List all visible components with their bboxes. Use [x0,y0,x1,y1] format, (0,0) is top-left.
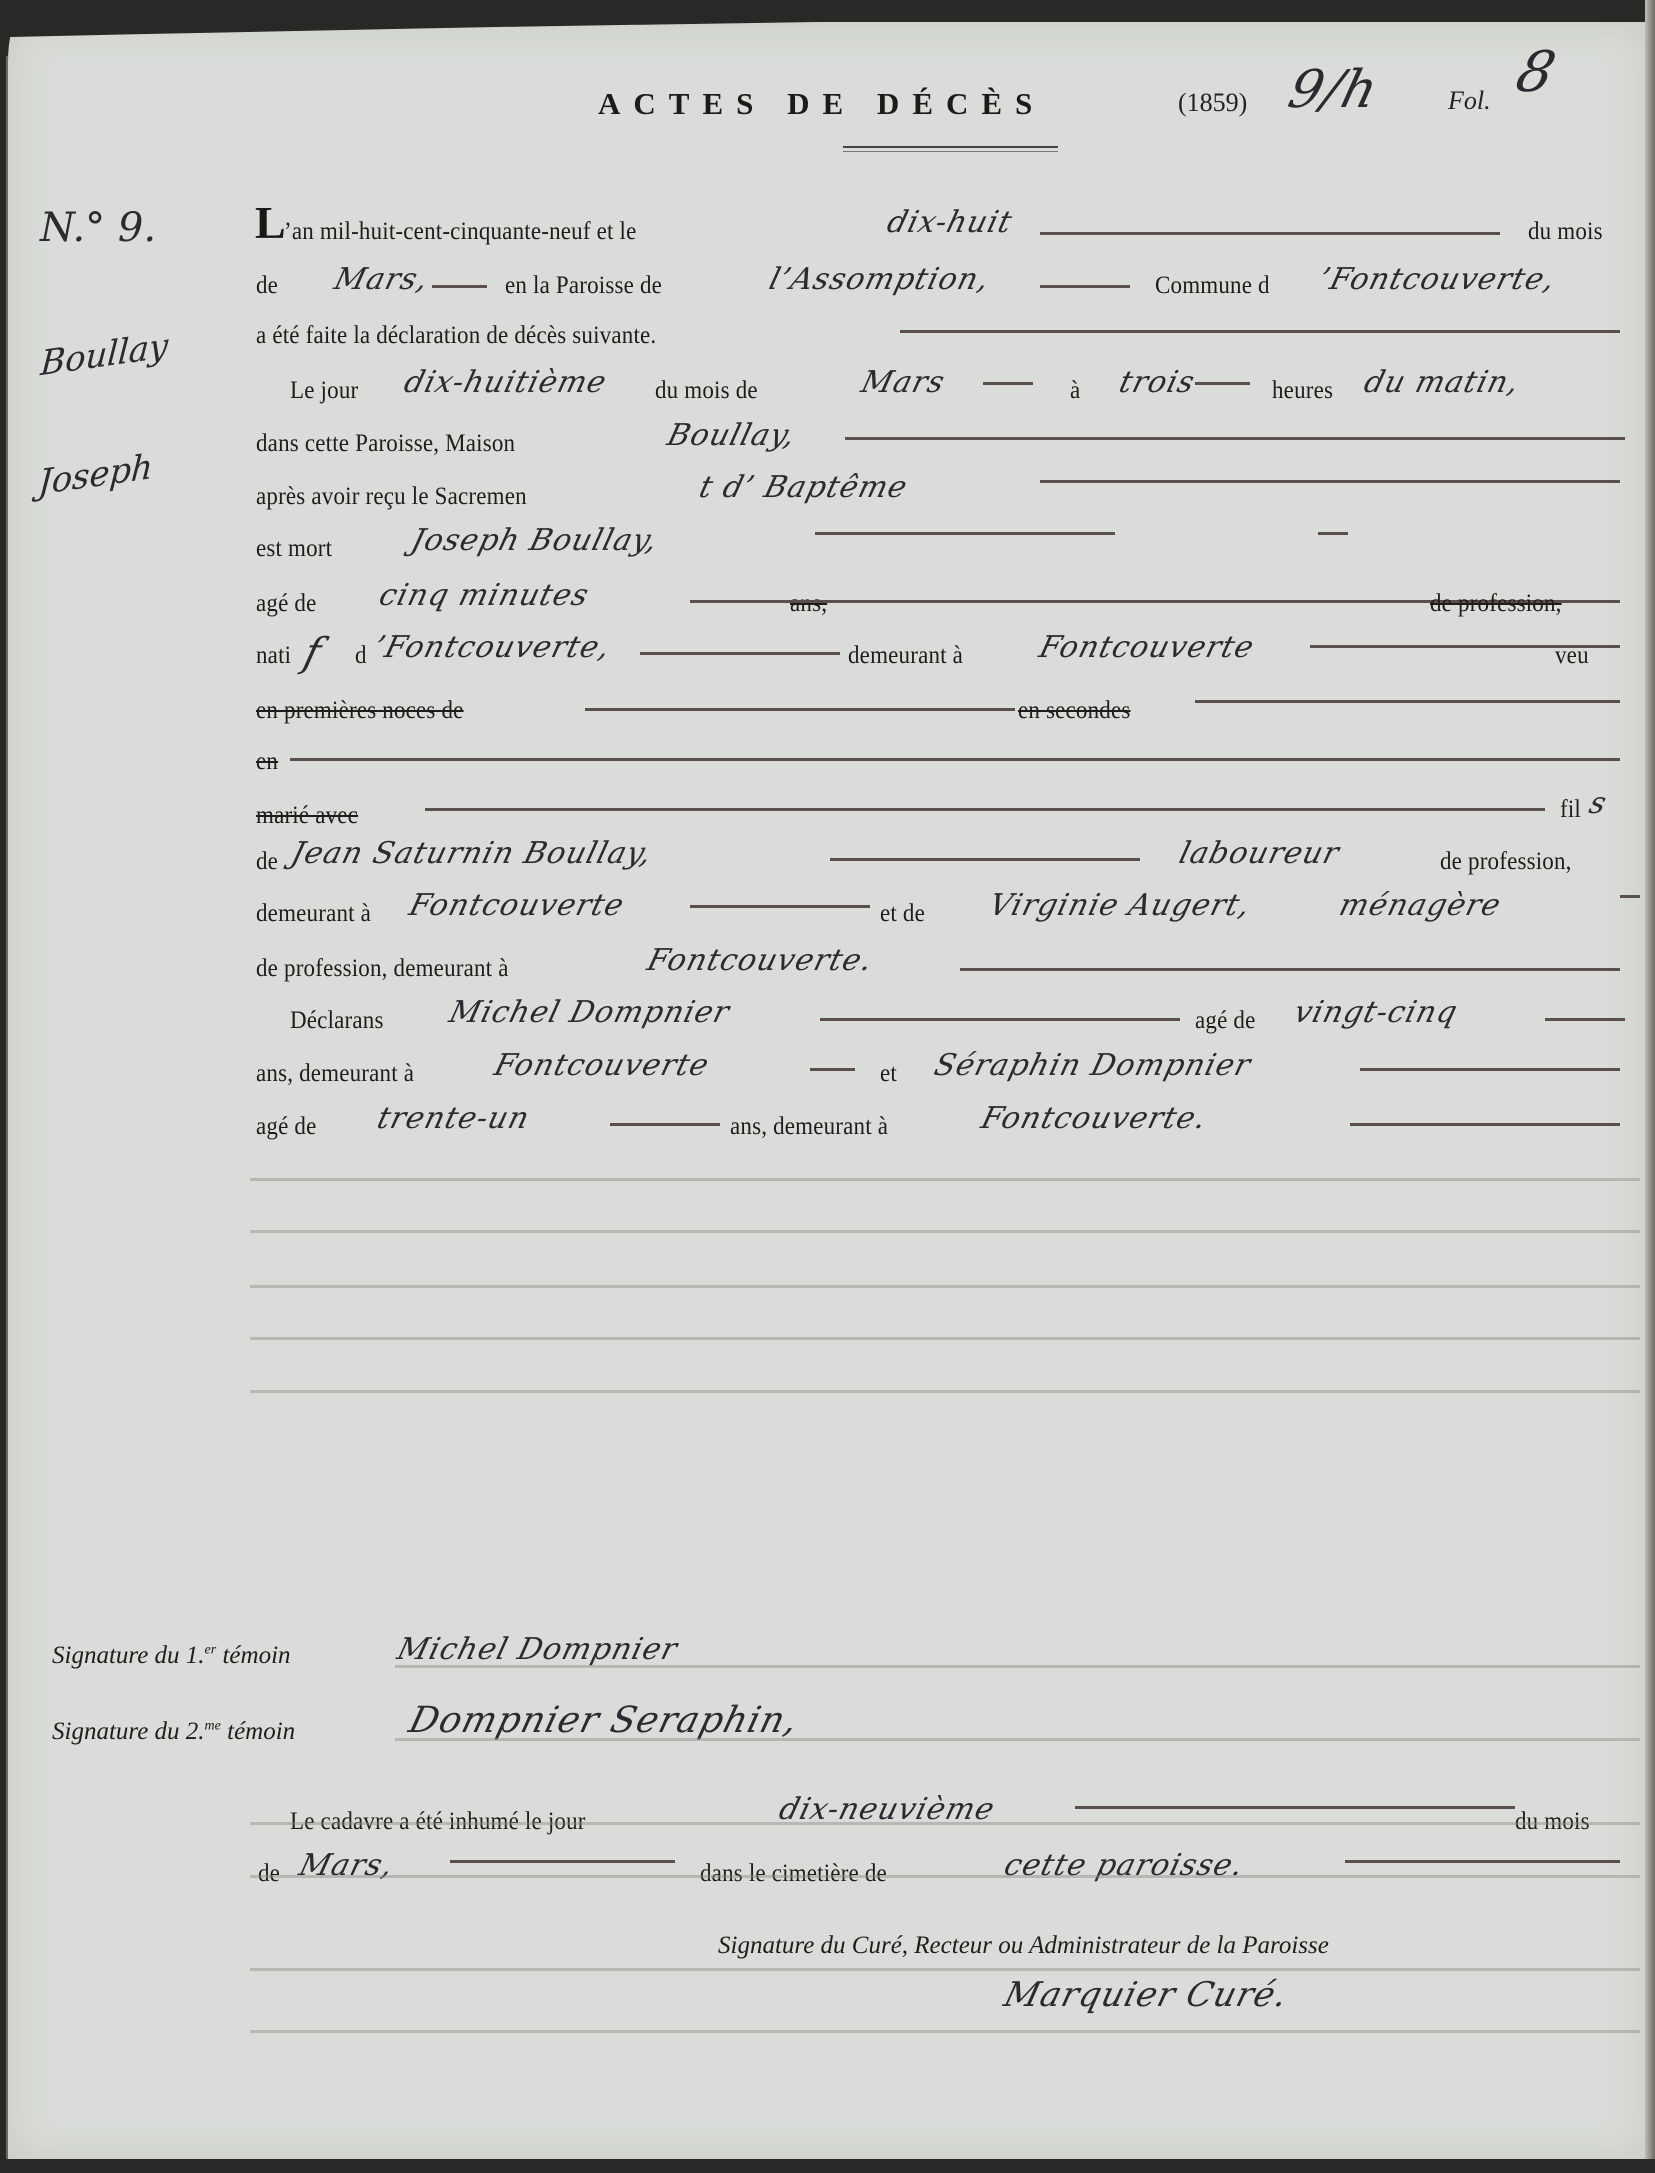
ruled-line [250,1285,1640,1288]
handwritten-hour: trois [1116,365,1199,400]
witness-1-label-text: Signature du 1. [52,1642,205,1669]
witness-2-label-end: témoin [227,1718,295,1745]
fill-line [830,858,1140,861]
printed-text: ’an mil-huit-cent-cinquante-neuf et le [284,218,636,246]
entry-number: N.° 9. [40,205,156,251]
ruled-line [395,1738,1640,1741]
handwritten-day: dix-huitième [401,365,611,400]
fill-line [1040,285,1130,288]
printed-text: dans le cimetière de [700,1860,887,1888]
fill-line [983,382,1033,385]
page-right-edge [1645,0,1655,2173]
handwritten-day: dix-huit [884,205,1016,240]
handwritten-age-2: trente-un [374,1101,534,1136]
printed-text: fil [1560,796,1581,824]
printed-text: et de [880,900,925,928]
handwritten-birthplace: ’Fontcouverte, [371,630,614,665]
margin-rule [6,56,8,2166]
fill-line [450,1860,675,1863]
handwritten-house: Boullay, [664,418,800,453]
printed-text: de [258,1860,280,1888]
struck-text: en premières noces de [256,697,464,725]
fill-line [432,285,487,288]
handwritten-deceased: Joseph Boullay, [408,523,662,558]
fill-line [1545,1018,1625,1021]
ruled-line [250,1337,1640,1340]
ruled-line [250,1875,1640,1878]
witness-1-label-end: témoin [222,1642,290,1669]
fill-line [845,437,1625,440]
handwritten-father-profession: laboureur [1176,836,1344,871]
handwritten-declarant-2: Séraphin Dompnier [931,1048,1255,1083]
handwritten-father-residence: Fontcouverte [406,888,628,923]
printed-text: nati [256,642,291,670]
printed-text: a été faite la déclaration de décès suiv… [256,322,656,350]
handwritten-mother-name: Virginie Augert, [986,888,1255,923]
printed-text: à [1070,377,1080,405]
printed-text: Déclarans [290,1007,384,1035]
page-title: ACTES DE DÉCÈS [598,86,1045,122]
fill-line [1040,232,1500,235]
fill-line [610,1123,720,1126]
handwritten-mother-residence: Fontcouverte. [644,943,877,978]
witness-2-label: Signature du 2.me témoin [52,1718,295,1746]
fill-line [810,1068,855,1071]
fill-line [1318,532,1348,535]
printed-text: agé de [256,590,316,618]
printed-text: de [256,848,278,876]
handwritten-father-name: Jean Saturnin Boullay, [288,836,656,871]
ruled-line [250,1390,1640,1393]
printed-text: en la Paroisse de [505,272,662,300]
register-year: (1859) [1178,88,1247,118]
fill-line [1040,480,1620,483]
struck-text: de profession, [1430,590,1562,618]
fill-line [960,968,1620,971]
strike-line [585,708,1015,711]
fill-line [900,330,1620,333]
printed-text: dans cette Paroisse, Maison [256,430,515,458]
folio-label: Fol. [1448,86,1491,116]
printed-text: Le jour [290,377,358,405]
printed-text: et [880,1060,897,1088]
handwritten-residence: Fontcouverte [1036,630,1258,665]
priest-signature: Marquier Curé. [1000,1975,1292,2015]
handwritten-age: cinq minutes [376,578,593,613]
ruled-line [250,2030,1640,2033]
handwritten-month: Mars [858,365,949,400]
fill-line [1075,1806,1515,1809]
handwritten-time: du matin, [1361,365,1524,400]
ruled-line [250,1822,1640,1825]
printed-text: après avoir reçu le Sacremen [256,483,527,511]
printed-text: heures [1272,377,1333,405]
ruled-line [250,1968,1640,1971]
printed-text: d [355,642,367,670]
printed-text: agé de [1195,1007,1255,1035]
fill-line [640,652,840,655]
handwritten-mark: 9/h [1283,60,1385,120]
handwritten-residence-2: Fontcouverte. [978,1101,1211,1136]
struck-text: ans, [790,590,827,618]
printed-text: veu [1555,642,1589,670]
witness-1-signature: Michel Dompnier [394,1632,682,1667]
printed-text: ans, demeurant à [730,1113,888,1141]
printed-text: du mois [1528,218,1603,246]
handwritten-commune: ’Fontcouverte, [1316,262,1559,297]
fill-line [690,905,870,908]
fill-line [1350,1123,1620,1126]
fill-line [1620,895,1640,898]
printed-text: Commune d [1155,272,1270,300]
witness-1-ordinal: er [205,1643,217,1658]
fill-line [1345,1860,1620,1863]
witness-2-signature: Dompnier Seraphin, [405,1700,803,1741]
handwritten-month: Mars, [331,262,433,297]
ruled-line [250,1230,1640,1233]
printed-text: ans, demeurant à [256,1060,414,1088]
witness-2-label-text: Signature du 2. [52,1718,205,1745]
printed-text: agé de [256,1113,316,1141]
handwritten-parish: l’Assomption, [766,262,994,297]
handwritten-age-1: vingt-cinq [1291,995,1462,1030]
struck-text: en [256,748,278,776]
handwritten-sacrament: t d’ Baptême [696,470,912,505]
fill-line [1195,382,1250,385]
strike-line [425,808,1545,811]
struck-text: marié avec [256,802,358,830]
struck-text: en secondes [1018,697,1131,725]
fill-line [820,1018,1180,1021]
register-page [8,22,1648,2162]
page-bottom-edge [0,2159,1655,2173]
printed-text: de profession, demeurant à [256,955,509,983]
handwritten-residence-1: Fontcouverte [491,1048,713,1083]
fill-line [1360,1068,1620,1071]
printed-text: est mort [256,535,332,563]
fill-line [815,532,1115,535]
ruled-line [250,1178,1640,1181]
witness-2-ordinal: me [205,1719,221,1734]
printed-text: de profession, [1440,848,1572,876]
printed-text: du mois de [655,377,758,405]
ruled-line [395,1665,1640,1668]
printed-text: demeurant à [848,642,963,670]
witness-1-label: Signature du 1.er témoin [52,1642,291,1670]
printed-text: de [256,272,278,300]
strike-line [1195,700,1620,703]
handwritten-mother-profession: ménagère [1336,888,1505,923]
printed-text: demeurant à [256,900,371,928]
strike-line [290,758,1620,761]
priest-signature-label: Signature du Curé, Recteur ou Administra… [718,1932,1329,1960]
dropcap: L [255,196,286,249]
title-underline [843,146,1058,152]
handwritten-declarant-1: Michel Dompnier [446,995,734,1030]
